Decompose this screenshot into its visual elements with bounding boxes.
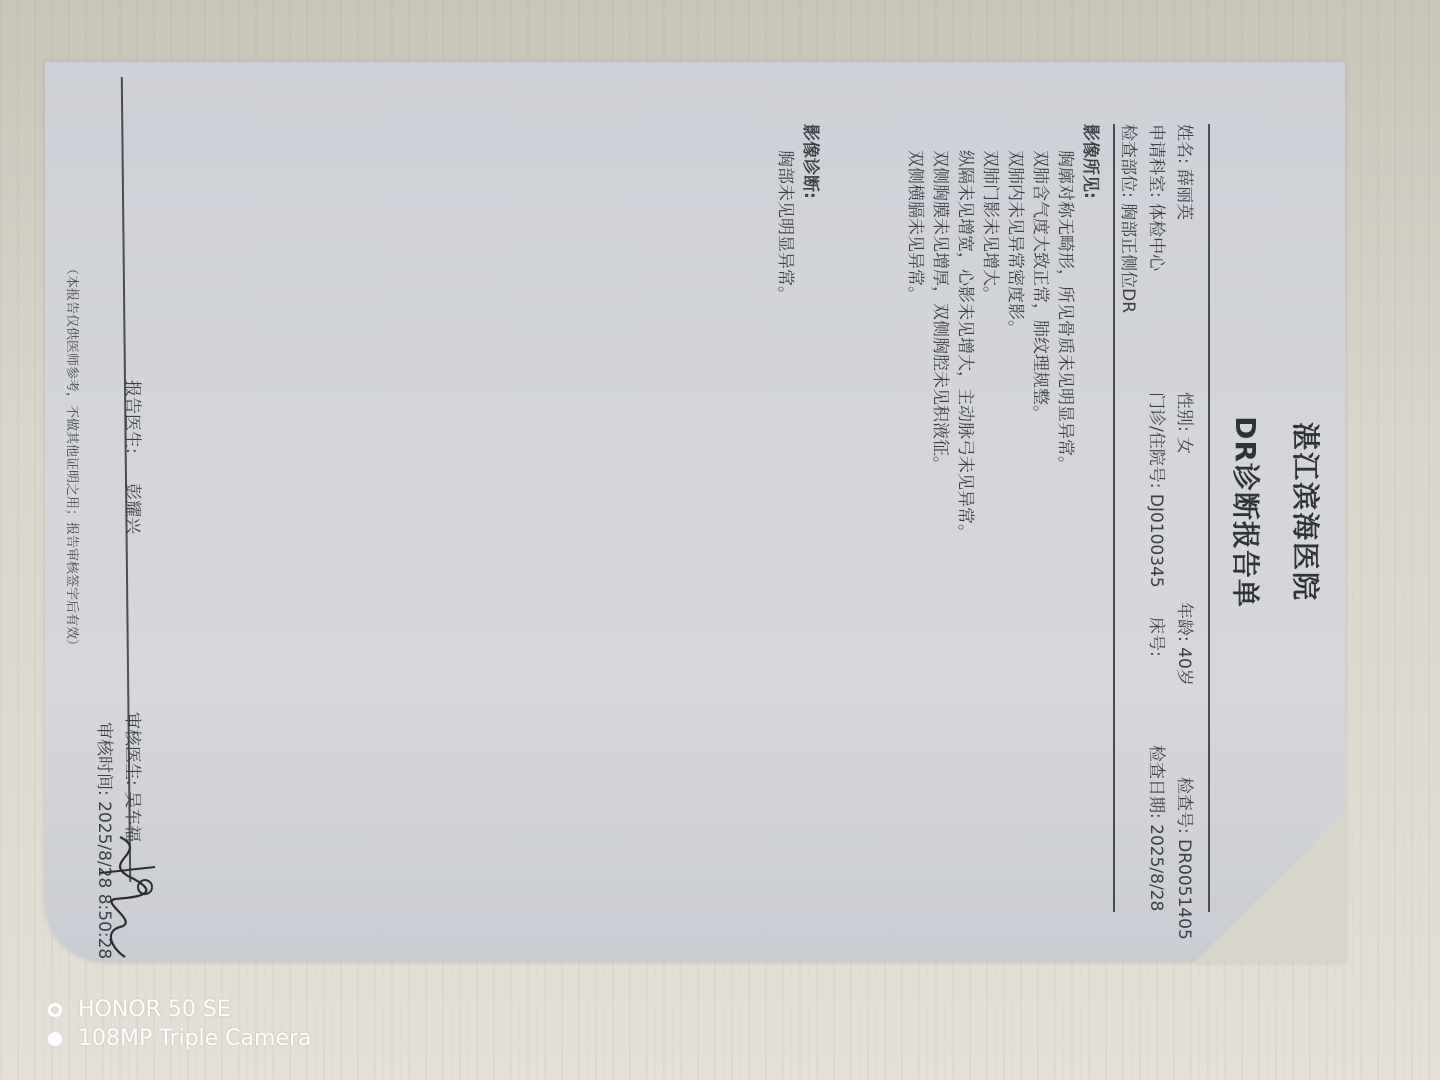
info-divider xyxy=(1113,124,1115,912)
finding-line: 双肺内未见异常密度影。 xyxy=(1002,150,1027,541)
gender-value: 女 xyxy=(1174,437,1194,454)
handwritten-signature xyxy=(90,827,160,967)
finding-line: 双侧横膈未见异常。 xyxy=(902,150,927,541)
finding-line: 胸廓对称无畸形，所见骨质未见明显异常。 xyxy=(1052,150,1077,541)
exam-no-value: DR0051405 xyxy=(1174,839,1194,940)
report-doctor-label: 报告医生: xyxy=(122,380,142,454)
report-doctor: 报告医生: 彭耀兴 xyxy=(122,380,147,534)
patient-gender: 性别: 女 xyxy=(1174,392,1199,454)
finding-line: 纵隔未见增宽，心影未见增大，主动脉弓未见异常。 xyxy=(952,150,977,541)
outpatient-value: DJ0100345 xyxy=(1146,494,1166,588)
report-doctor-value: 彭耀兴 xyxy=(122,483,142,534)
name-label: 姓名: xyxy=(1174,124,1194,164)
finding-line: 双肺含气度大致正常，肺纹理规整。 xyxy=(1027,150,1052,541)
exam-no-label: 检查号: xyxy=(1174,777,1194,834)
outpatient-label: 门诊/住院号: xyxy=(1146,392,1166,488)
camera-watermark: HONOR 50 SE 108MP Triple Camera xyxy=(48,995,312,1053)
hollow-circle-icon xyxy=(48,1003,62,1017)
exam-date-value: 2025/8/28 xyxy=(1146,824,1166,911)
camera-model: HONOR 50 SE xyxy=(78,995,231,1024)
age-value: 40岁 xyxy=(1174,647,1194,686)
findings-label: 影像所见: xyxy=(1080,124,1105,199)
outpatient-number: 门诊/住院号: DJ0100345 xyxy=(1146,392,1171,588)
report-title: DR诊断报告单 xyxy=(1227,62,1267,962)
exam-site-label: 检查部位: xyxy=(1118,124,1138,198)
medical-report-paper: 湛江滨海医院 DR诊断报告单 姓名: 薛丽英 性别: 女 年龄: 40岁 检查号… xyxy=(45,62,1345,962)
finding-line: 双侧胸膜未见增厚，双侧胸腔未见积液征。 xyxy=(927,150,952,541)
review-time-label: 审核时间: xyxy=(94,722,114,796)
review-doctor: 审核医生: 吴车福 xyxy=(122,712,147,842)
camera-spec: 108MP Triple Camera xyxy=(78,1024,312,1053)
patient-age: 年龄: 40岁 xyxy=(1174,602,1199,686)
exam-site-value: 胸部正侧位DR xyxy=(1118,203,1138,313)
review-doctor-label: 审核医生: xyxy=(122,712,142,786)
patient-name: 姓名: 薛丽英 xyxy=(1174,124,1199,220)
exam-date: 检查日期: 2025/8/28 xyxy=(1146,745,1171,911)
bed-label: 床号: xyxy=(1146,617,1166,657)
footer-disclaimer: （本报告仅供医师参考，不做其他证明之用；报告审核签字后有效） xyxy=(64,262,83,652)
exam-number: 检查号: DR0051405 xyxy=(1174,777,1199,940)
exam-date-label: 检查日期: xyxy=(1146,745,1166,819)
bed-number: 床号: xyxy=(1146,617,1171,657)
filled-circle-icon xyxy=(48,1032,62,1046)
department-label: 申请科室: xyxy=(1146,124,1166,198)
exam-site: 检查部位: 胸部正侧位DR xyxy=(1118,124,1143,313)
name-value: 薛丽英 xyxy=(1174,169,1194,220)
hospital-name: 湛江滨海医院 xyxy=(1287,62,1327,962)
age-label: 年龄: xyxy=(1174,602,1194,642)
findings-list: 胸廓对称无畸形，所见骨质未见明显异常。 双肺含气度大致正常，肺纹理规整。 双肺内… xyxy=(902,150,1077,541)
gender-label: 性别: xyxy=(1174,392,1194,432)
diagnosis-text: 胸部未见明显异常。 xyxy=(772,150,797,303)
header-divider xyxy=(1208,124,1210,912)
diagnosis-label: 影像诊断: xyxy=(800,124,825,199)
finding-line: 双肺门影未见增大。 xyxy=(977,150,1002,541)
department: 申请科室: 体检中心 xyxy=(1146,124,1171,271)
department-value: 体检中心 xyxy=(1146,203,1166,271)
